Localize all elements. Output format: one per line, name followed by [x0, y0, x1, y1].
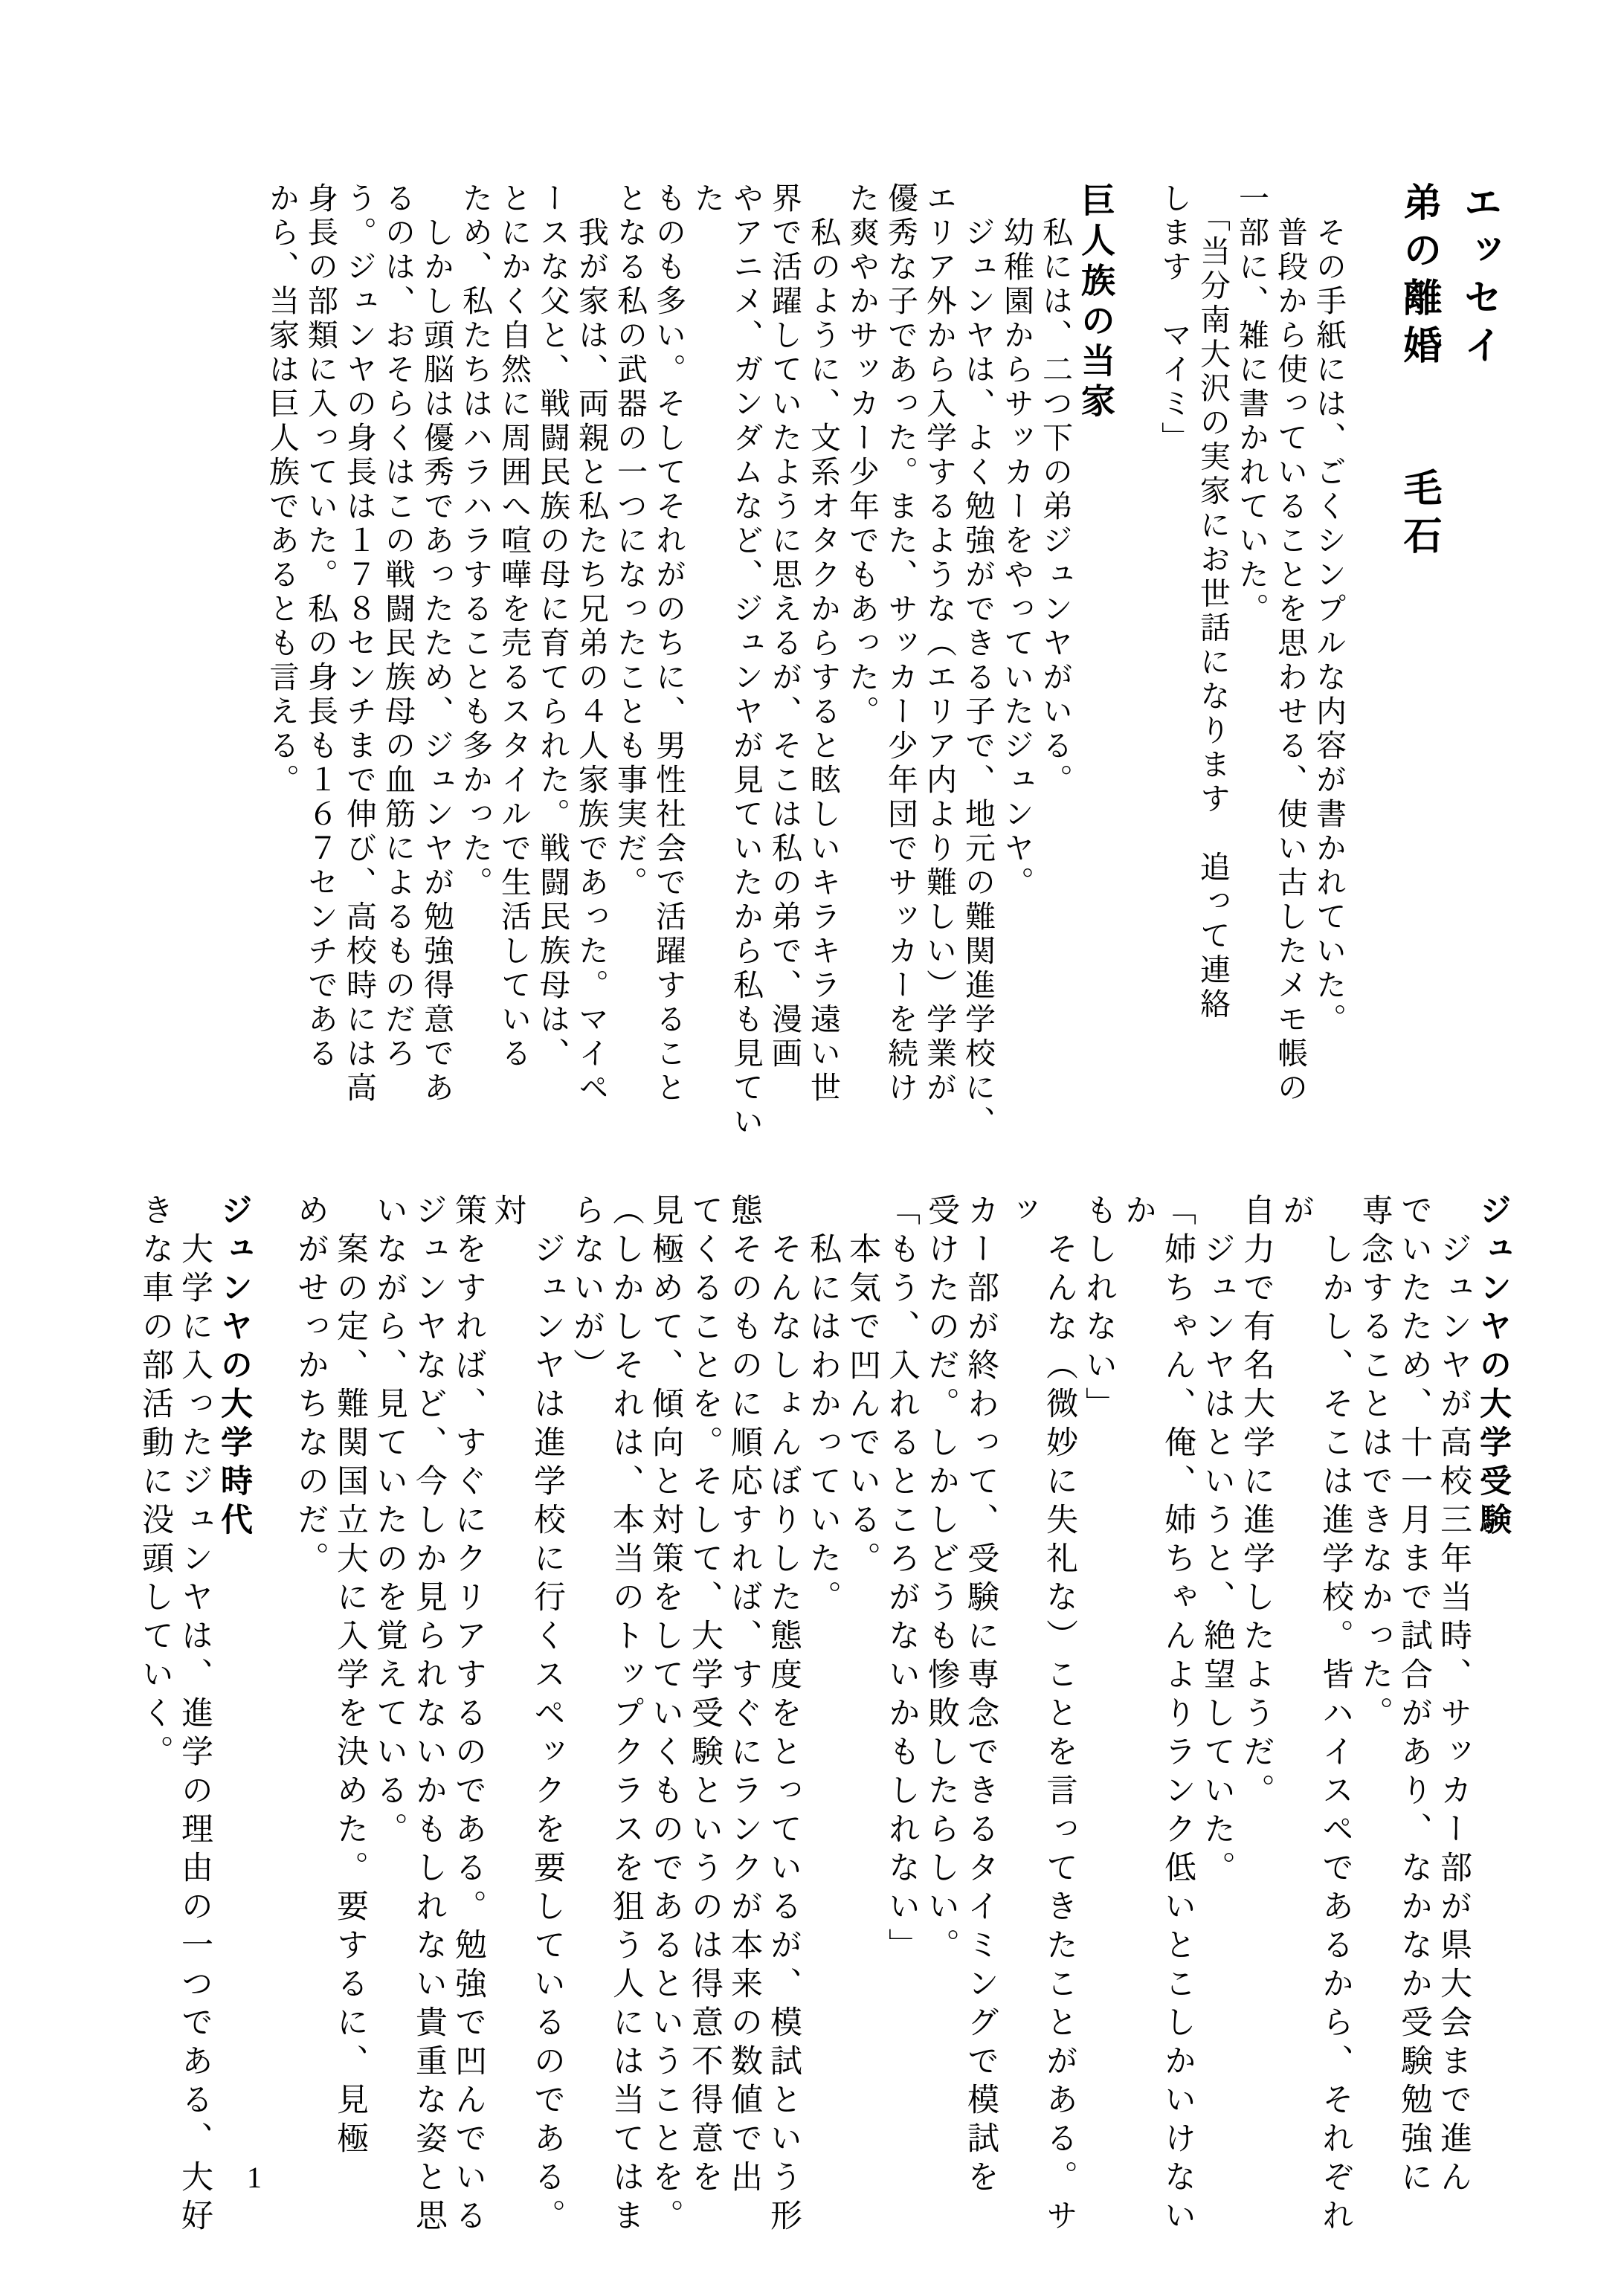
section-heading: ジュンヤの大学受験 [1473, 1193, 1512, 2264]
text-column: 受けたのだ。しかしどうも惨敗したらしい。 [921, 1193, 961, 2264]
text-column: 私には、二つ下の弟ジュンヤがいる。 [1036, 182, 1074, 1171]
column-gap [1118, 182, 1155, 1171]
text-column: カー部が終わって、受験に専念できるタイミングで模試を [961, 1193, 1000, 2264]
essay-title-byline: 弟の離婚 毛石 [1392, 182, 1446, 1171]
text-column: ため、私たちはハラハラすることも多かった。 [456, 182, 494, 1171]
text-column: ジュンヤは、よく勉強ができる子で、地元の難関進学校に、 [958, 182, 997, 1171]
bottom-text-band: ジュンヤの大学受験 ジュンヤが高校三年当時、サッカー部が県大会まで進ん でいたた… [135, 1193, 1512, 2264]
text-column: 態そのものに順応すれば、すぐにランクが本来の数値で出 [724, 1193, 764, 2264]
text-column: 私にはわかっていた。 [803, 1193, 842, 2264]
text-column: とにかく自然に周囲へ喧嘩を売るスタイルで生活している [494, 182, 533, 1171]
text-column: ースな父と、戦闘民族の母に育てられた。戦闘民族母は、 [533, 182, 572, 1171]
text-column: 策をすれば、すぐにクリアするのである。勉強で凹んでいる [448, 1193, 488, 2264]
text-column: 私のように、文系オタクからすると眩しいキラキラ遠い世 [804, 182, 842, 1171]
text-column: てくることを。そして、大学受験というのは得意不得意を [685, 1193, 724, 2264]
text-column: 専念することはできなかった。 [1355, 1193, 1394, 2264]
text-column: う。ジュンヤの身長は１７８センチまで伸び、高校時には高 [340, 182, 378, 1171]
page-number: 1 [247, 2160, 262, 2195]
text-column: 案の定、難関国立大に入学を決めた。要するに、見極 [330, 1193, 370, 2264]
text-column: します マイミ」 [1155, 182, 1193, 1171]
text-column: 自力で有名大学に進学したようだ。 [1237, 1193, 1276, 2264]
text-column: 「姉ちゃん、俺、姉ちゃんよりランク低いとこしかいけないか [1118, 1193, 1197, 2264]
section-heading: 巨人族の当家 [1074, 182, 1118, 1171]
text-column: 見極めて、傾向と対策をしていくものであるということを。 [645, 1193, 685, 2264]
text-column: となる私の武器の一つになったことも事実だ。 [610, 182, 649, 1171]
essay-category: エッセイ [1452, 182, 1506, 1171]
text-column: 幼稚園からサッカーをやっていたジュンヤ。 [997, 182, 1036, 1171]
text-column: 「当分南大沢の実家にお世話になります 追って連絡 [1193, 182, 1232, 1171]
text-column: やアニメ、ガンダムなど、ジュンヤが見ていたから私も見ていた [688, 182, 765, 1171]
text-column: 本気で凹んでいる。 [842, 1193, 882, 2264]
text-column: 一部に、雑に書かれていた。 [1232, 182, 1271, 1171]
text-column: た爽やかサッカー少年でもあった。 [842, 182, 881, 1171]
text-column: 我が家は、両親と私たち兄弟の４人家族であった。マイペ [572, 182, 610, 1171]
text-column: ジュンヤはというと、絶望していた。 [1197, 1193, 1237, 2264]
text-column: らないが） [567, 1193, 606, 2264]
column-gap [254, 1193, 291, 2264]
text-column: もしれない」 [1079, 1193, 1118, 2264]
text-column: ジュンヤが高校三年当時、サッカー部が県大会まで進ん [1434, 1193, 1473, 2264]
text-column: エリア外から入学するような（エリア内より難しい）学業が [920, 182, 958, 1171]
text-column: そんなしょんぼりした態度をとっているが、模試という形 [764, 1193, 803, 2264]
text-column: （しかしそれは、本当のトップクラスを狙う人には当てはま [606, 1193, 645, 2264]
text-column: 「もう、入れるところがないかもしれない」 [882, 1193, 921, 2264]
text-column: 身長の部類に入っていた。私の身長も１６７センチである [301, 182, 340, 1171]
essay-page: エッセイ 弟の離婚 毛石 その手紙には、ごくシンプルな内容が書かれていた。 普段… [0, 0, 1624, 2296]
text-column: しかし、そこは進学校。皆ハイスペであるから、それぞれが [1276, 1193, 1355, 2264]
text-column: 優秀な子であった。また、サッカー少年団でサッカーを続け [881, 182, 920, 1171]
text-column: いながら、見ていたのを覚えている。 [370, 1193, 409, 2264]
text-column: その手紙には、ごくシンプルな内容が書かれていた。 [1309, 182, 1348, 1171]
top-text-band: エッセイ 弟の離婚 毛石 その手紙には、ごくシンプルな内容が書かれていた。 普段… [262, 182, 1512, 1171]
text-column: から、当家は巨人族であるとも言える。 [262, 182, 301, 1171]
text-column: めがせっかちなのだ。 [291, 1193, 330, 2264]
text-column: そんな（微妙に失礼な）ことを言ってきたことがある。サッ [1000, 1193, 1079, 2264]
text-column: ジュンヤは進学校に行くスペックを要しているのである。対 [488, 1193, 567, 2264]
section-heading: ジュンヤの大学時代 [214, 1193, 254, 2264]
text-column: ものも多い。そしてそれがのちに、男性社会で活躍すること [649, 182, 688, 1171]
text-column: 普段から使っていることを思わせる、使い古したメモ帳の [1271, 182, 1309, 1171]
text-column: でいたため、十一月まで試合があり、なかなか受験勉強に [1394, 1193, 1434, 2264]
column-gap [1348, 182, 1385, 1171]
text-column: ジュンヤなど、今しか見られないかもしれない貴重な姿と思 [409, 1193, 448, 2264]
text-column: 界で活躍していたように思えるが、そこは私の弟で、漫画 [765, 182, 804, 1171]
text-column: るのは、おそらくはこの戦闘民族母の血筋によるものだろ [378, 182, 417, 1171]
text-column: 大学に入ったジュンヤは、進学の理由の一つである、大好 [175, 1193, 214, 2264]
text-column: しかし頭脳は優秀であったため、ジュンヤが勉強得意であ [417, 182, 456, 1171]
text-column: きな車の部活動に没頭していく。 [135, 1193, 175, 2264]
